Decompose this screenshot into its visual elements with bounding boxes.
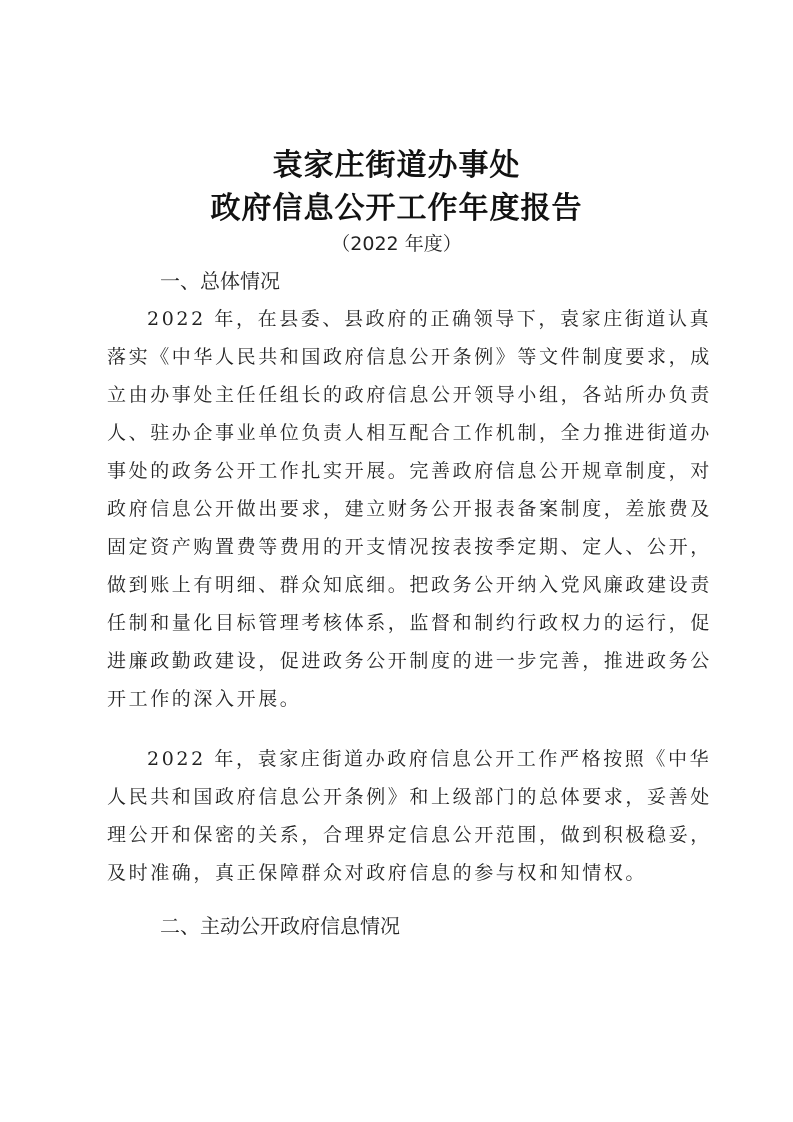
paragraph-line: 事处的政务公开工作扎实开展。完善政府信息公开规章制度，对 [107, 452, 695, 490]
paragraph-line: 固定资产购置费等费用的开支情况按表按季定期、定人、公开， [107, 528, 695, 566]
paragraph-line: 落实《中华人民共和国政府信息公开条例》等文件制度要求，成 [107, 338, 695, 376]
paragraph-overview-1: 2022 年，在县委、县政府的正确领导下，袁家庄街道认真 落实《中华人民共和国政… [107, 300, 695, 718]
section-heading-proactive-disclosure: 二、主动公开政府信息情况 [160, 910, 400, 939]
document-title-line2: 政府信息公开工作年度报告 [0, 183, 793, 227]
paragraph-line: 人、驻办企事业单位负责人相互配合工作机制，全力推进街道办 [107, 414, 695, 452]
paragraph-line: 立由办事处主任任组长的政府信息公开领导小组，各站所办负责 [107, 376, 695, 414]
paragraph-line: 任制和量化目标管理考核体系，监督和制约行政权力的运行，促 [107, 604, 695, 642]
paragraph-line: 政府信息公开做出要求，建立财务公开报表备案制度，差旅费及 [107, 490, 695, 528]
paragraph-overview-2: 2022 年，袁家庄街道办政府信息公开工作严格按照《中华 人民共和国政府信息公开… [107, 740, 695, 892]
document-page: 袁家庄街道办事处 政府信息公开工作年度报告 （2022 年度） 一、总体情况 2… [0, 0, 793, 1122]
paragraph-line: 理公开和保密的关系，合理界定信息公开范围，做到积极稳妥， [107, 816, 695, 854]
paragraph-line: 2022 年，袁家庄街道办政府信息公开工作严格按照《中华 [107, 740, 695, 778]
paragraph-line: 做到账上有明细、群众知底细。把政务公开纳入党风廉政建设责 [107, 566, 695, 604]
paragraph-line: 开工作的深入开展。 [107, 680, 695, 718]
document-subtitle: （2022 年度） [0, 229, 793, 256]
paragraph-line: 2022 年，在县委、县政府的正确领导下，袁家庄街道认真 [107, 300, 695, 338]
paragraph-line: 进廉政勤政建设，促进政务公开制度的进一步完善，推进政务公 [107, 642, 695, 680]
section-heading-overview: 一、总体情况 [160, 265, 280, 294]
paragraph-line: 人民共和国政府信息公开条例》和上级部门的总体要求，妥善处 [107, 778, 695, 816]
paragraph-line: 及时准确，真正保障群众对政府信息的参与权和知情权。 [107, 854, 695, 892]
document-title-line1: 袁家庄街道办事处 [0, 140, 793, 184]
